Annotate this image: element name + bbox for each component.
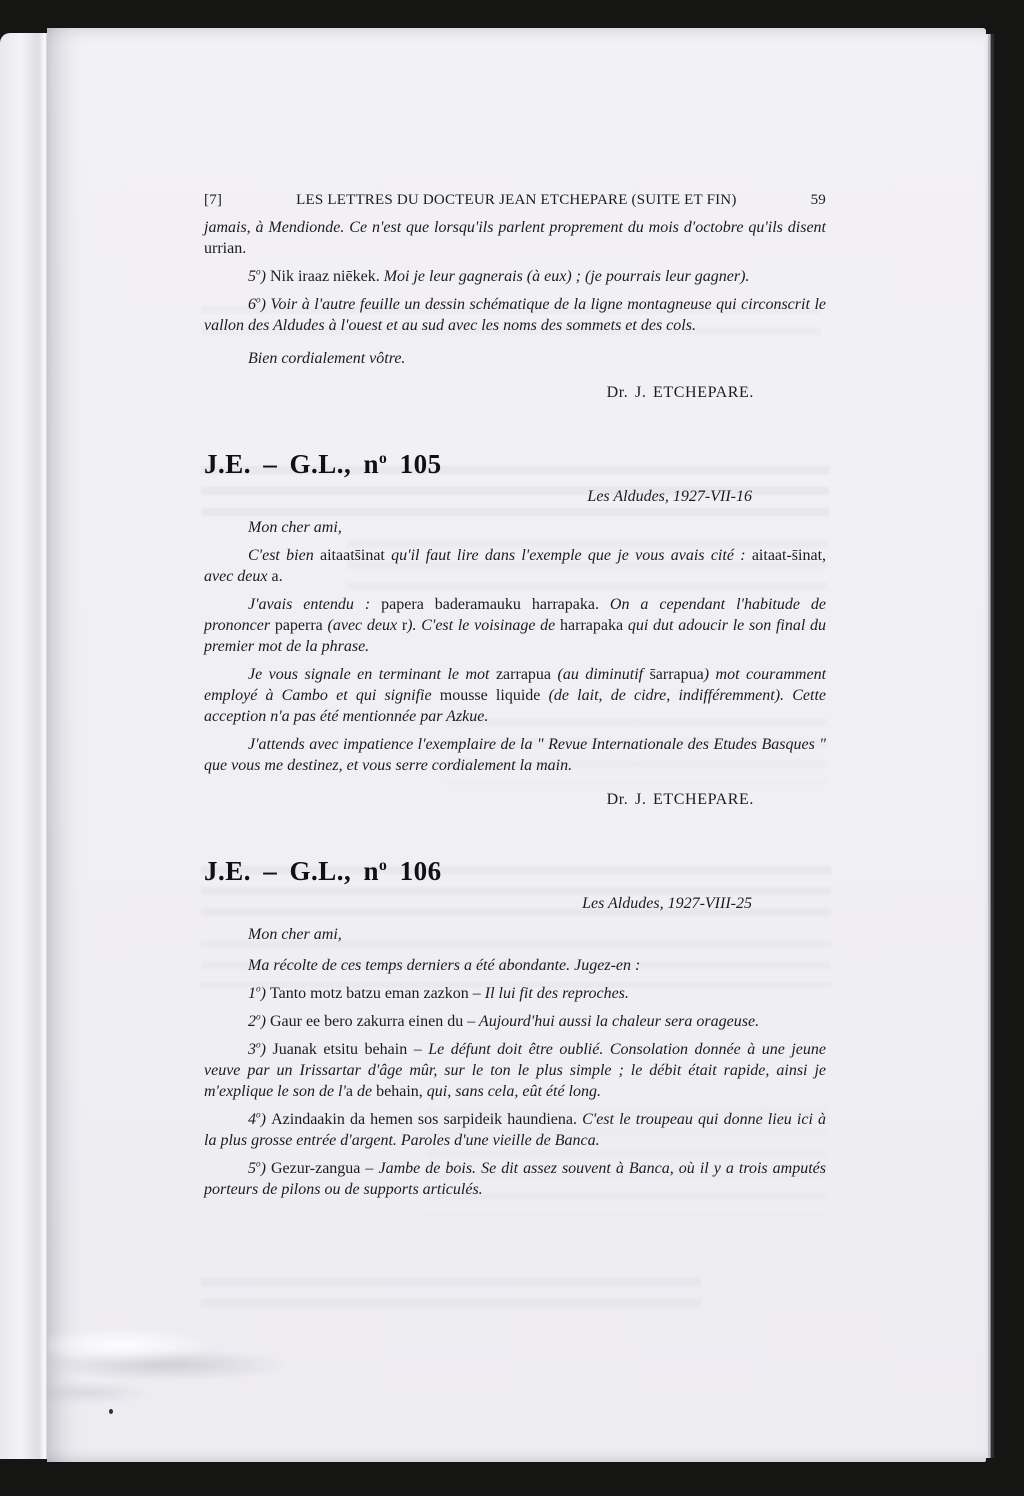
numbered-note-5: 5o) Nik iraaz niēkek. Moi je leur gagner… (204, 266, 826, 287)
paragraph-mendionde: jamais, à Mendionde. Ce n'est que lorsqu… (204, 217, 826, 259)
book-spine-fold (0, 33, 47, 1459)
numbered-note-6: 6o) Voir à l'autre feuille un dessin sch… (204, 294, 826, 336)
numbered-item-1: 1o) Tanto motz batzu eman zazkon – Il lu… (204, 983, 826, 1004)
letter-106-heading: J.E. – G.L., no 106 (204, 856, 826, 886)
numbered-item-3: 3o) Juanak etsitu behain – Le défunt doi… (204, 1039, 826, 1102)
closing-formula: Bien cordialement vôtre. (204, 348, 826, 369)
paragraph-recolte: Ma récolte de ces temps derniers a été a… (204, 955, 826, 976)
signature-etchepare: Dr. J. ETCHEPARE. (204, 382, 826, 403)
letter-106-dateline: Les Aldudes, 1927-VIII-25 (204, 893, 826, 914)
page-number: 59 (811, 190, 826, 210)
page-content: [7] LES LETTRES DU DOCTEUR JEAN ETCHEPAR… (204, 190, 826, 1200)
running-title: LES LETTRES DU DOCTEUR JEAN ETCHEPARE (S… (296, 190, 736, 210)
paragraph-zarrapua: Je vous signale en terminant le mot zarr… (204, 664, 826, 727)
numbered-item-2: 2o) Gaur ee bero zakurra einen du – Aujo… (204, 1011, 826, 1032)
numbered-item-4: 4o) Azindaakin da hemen sos sarpideik ha… (204, 1109, 826, 1151)
paragraph-aitaatsinat: C'est bien aitaats̄inat qu'il faut lire … (204, 545, 826, 587)
numbered-item-5: 5o) Gezur-zangua – Jambe de bois. Se dit… (204, 1158, 826, 1200)
letter-105-dateline: Les Aldudes, 1927-VII-16 (204, 486, 826, 507)
paragraph-revue-basques: J'attends avec impatience l'exemplaire d… (204, 734, 826, 776)
issue-mark: [7] (204, 190, 222, 210)
dust-speck (109, 1409, 113, 1414)
letter-105-salutation: Mon cher ami, (204, 517, 826, 538)
paper-wrinkle (47, 1283, 307, 1453)
letter-106-salutation: Mon cher ami, (204, 924, 826, 945)
page-edge-stack (986, 34, 994, 1458)
letter-105-heading: J.E. – G.L., no 105 (204, 449, 826, 479)
paragraph-harrapaka: J'avais entendu : papera baderamauku har… (204, 594, 826, 657)
signature-etchepare: Dr. J. ETCHEPARE. (204, 789, 826, 810)
running-header: [7] LES LETTRES DU DOCTEUR JEAN ETCHEPAR… (204, 190, 826, 210)
book-page: [7] LES LETTRES DU DOCTEUR JEAN ETCHEPAR… (47, 28, 986, 1462)
